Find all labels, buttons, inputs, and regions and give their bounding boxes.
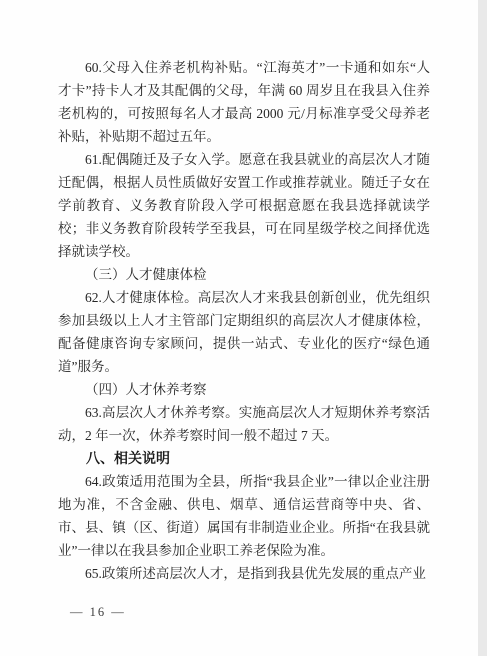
paragraph-64-policy-scope: 64.政策适用范围为全县，所指“我县企业”一律以企业注册地为准，不含金融、供电、…	[58, 470, 430, 562]
subsection-heading-talent-health-check: （三）人才健康体检	[58, 263, 430, 286]
paragraph-60-parent-eldercare-subsidy: 60.父母入住养老机构补贴。“江海英才”一卡通和如东“人才卡”持卡人才及其配偶的…	[58, 56, 430, 148]
paragraph-62-talent-health-check: 62.人才健康体检。高层次人才来我县创新创业，优先组织参加县级以上人才主管部门定…	[58, 286, 430, 378]
section-heading-related-notes: 八、相关说明	[58, 447, 430, 470]
paragraph-65-high-level-talent-definition: 65.政策所述高层次人才，是指到我县优先发展的重点产业	[58, 562, 430, 585]
subsection-heading-talent-recuperation-tour: （四）人才休养考察	[58, 378, 430, 401]
document-page: 60.父母入住养老机构补贴。“江海英才”一卡通和如东“人才卡”持卡人才及其配偶的…	[0, 0, 490, 656]
paragraph-63-recuperation-tour: 63.高层次人才休养考察。实施高层次人才短期休养考察活动，2 年一次，休养考察时…	[58, 401, 430, 447]
document-body: 60.父母入住养老机构补贴。“江海英才”一卡通和如东“人才卡”持卡人才及其配偶的…	[58, 56, 430, 585]
page-number: — 16 —	[70, 605, 126, 620]
scanned-page-edge-strip	[478, 0, 487, 656]
paragraph-61-spouse-relocation-children-schooling: 61.配偶随迁及子女入学。愿意在我县就业的高层次人才随迁配偶，根据人员性质做好安…	[58, 148, 430, 263]
